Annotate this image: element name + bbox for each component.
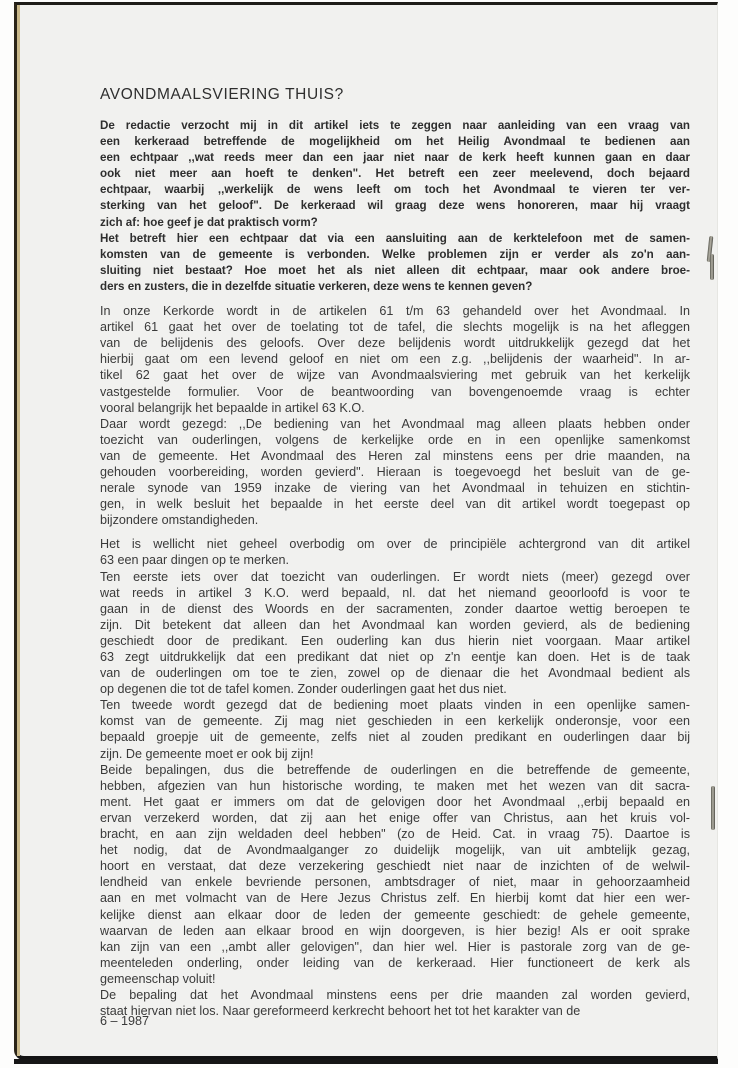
text-line: tikel 62 gaat het over de wijze van Avon…	[100, 367, 690, 383]
text-line: nerale synode van 1959 inzake de viering…	[100, 480, 690, 496]
text-line: zich af: hoe geef je dat praktisch vorm?	[100, 215, 690, 231]
text-line: waarvan de leden aan elkaar brood en wij…	[100, 923, 690, 939]
text-line: een echtpaar ,,wat reeds meer dan een ja…	[100, 150, 690, 166]
paragraph: Daar wordt gezegd: ,,De bediening van he…	[100, 416, 690, 529]
text-line: vastgestelde formulier. Voor de beantwoo…	[100, 384, 690, 400]
paragraph: De redactie verzocht mij in dit artikel …	[100, 118, 690, 231]
text-line: hebben, afgezien van hun historische wor…	[100, 778, 690, 794]
text-line: komst van de gemeente. Zij mag niet gesc…	[100, 713, 690, 729]
text-line: artikel 61 gaat het over de toelating to…	[100, 319, 690, 335]
text-line: Daar wordt gezegd: ,,De bediening van he…	[100, 416, 690, 432]
text-line: 63 een paar dingen op te merken.	[100, 552, 690, 568]
text-line: ment. Het gaat er immers om dat de gelov…	[100, 794, 690, 810]
text-line: sluiting niet bestaat? Hoe moet het als …	[100, 263, 690, 279]
text-line: bijzondere omstandigheden.	[100, 512, 690, 528]
scan-bottom-edge	[14, 1059, 718, 1064]
text-line: kelijke dienst aan elkaar door de leden …	[100, 907, 690, 923]
text-line: van de ouderlingen om toe te zien, zowel…	[100, 665, 690, 681]
article-title: AVONDMAALSVIERING THUIS?	[100, 84, 690, 106]
text-line: Ten tweede wordt gezegd dat de bediening…	[100, 697, 690, 713]
text-line: zijn. De gemeente moet er ook bij zijn!	[100, 746, 690, 762]
text-line: In onze Kerkorde wordt in de artikelen 6…	[100, 303, 690, 319]
text-line: sterking van het geloof". De kerkeraad w…	[100, 198, 690, 214]
text-line: gen, in welk besluit het bepaalde in het…	[100, 496, 690, 512]
text-line: geschiedt door de predikant. Een ouderli…	[100, 633, 690, 649]
text-line: kan zijn van een ,,ambt aller gelovigen"…	[100, 939, 690, 955]
text-line: bepaald groepje uit de gemeente, zelfs n…	[100, 729, 690, 745]
text-line: gemeenschap voluit!	[100, 971, 690, 987]
text-line: toezicht van ouderlingen, volgens de ker…	[100, 432, 690, 448]
text-line: vooral belangrijk het bepaalde in artike…	[100, 400, 690, 416]
paragraph: In onze Kerkorde wordt in de artikelen 6…	[100, 303, 690, 416]
text-line: hoort en verstaat, dat deze verzekering …	[100, 858, 690, 874]
paragraph-list: De redactie verzocht mij in dit artikel …	[100, 118, 690, 1019]
text-line: gaan in de dienst des Woords en der sacr…	[100, 601, 690, 617]
paragraph: Beide bepalingen, dus die betreffende de…	[100, 762, 690, 987]
paragraph: Het betreft hier een echtpaar dat via ee…	[100, 231, 690, 295]
text-line: ders en zusters, die in dezelfde situati…	[100, 279, 690, 295]
text-line: aan en met volmacht van de Here Jezus Ch…	[100, 890, 690, 906]
text-line: bracht, en aan zijn weldaden deel hebben…	[100, 826, 690, 842]
text-line: Beide bepalingen, dus die betreffende de…	[100, 762, 690, 778]
text-line: lendheid van enkele bevriende personen, …	[100, 874, 690, 890]
staple-mark-bottom-lower	[711, 800, 715, 830]
text-line: wat reeds in artikel 3 K.O. werd bepaald…	[100, 585, 690, 601]
text-line: gehouden voorbereiding, worden gevierd".…	[100, 464, 690, 480]
page-footer-issue-number: 6 – 1987	[100, 1014, 149, 1028]
paragraph: Ten eerste iets over dat toezicht van ou…	[100, 569, 690, 698]
text-line: Het betreft hier een echtpaar dat via ee…	[100, 231, 690, 247]
text-line: ervan verzekerd worden, dat zij aan het …	[100, 810, 690, 826]
paragraph: Ten tweede wordt gezegd dat de bediening…	[100, 697, 690, 761]
text-line: ook niet meer aan hoeft te denken". Het …	[100, 166, 690, 182]
text-line: een kerkeraad betreffende de mogelijkhei…	[100, 134, 690, 150]
paragraph: De bepaling dat het Avondmaal minstens e…	[100, 987, 690, 1019]
text-line: van de gemeente. Het Avondmaal des Heren…	[100, 448, 690, 464]
text-line: meenteleden onderling, onder leiding van…	[100, 955, 690, 971]
staple-mark-top-lower	[710, 254, 714, 280]
text-line: echtpaar, waarbij ,,werkelijk de wens le…	[100, 182, 690, 198]
text-line: Het is wellicht niet geheel overbodig om…	[100, 536, 690, 552]
text-line: op degenen die tot de tafel komen. Zonde…	[100, 681, 690, 697]
text-line: staat hiervan niet los. Naar gereformeer…	[100, 1003, 690, 1019]
text-line: hierbij gaat om een levend geloof en nie…	[100, 351, 690, 367]
text-line: het nodig, dat de Avondmaalganger zo dui…	[100, 842, 690, 858]
text-line: van de belijdenis des geloofs. Over deze…	[100, 335, 690, 351]
page-edge	[17, 5, 20, 1056]
paragraph: Het is wellicht niet geheel overbodig om…	[100, 536, 690, 568]
text-line: komsten van de gemeente is verbonden. We…	[100, 247, 690, 263]
text-line: De bepaling dat het Avondmaal minstens e…	[100, 987, 690, 1003]
text-line: Ten eerste iets over dat toezicht van ou…	[100, 569, 690, 585]
text-line: 63 zegt uitdrukkelijk dat een predikant …	[100, 649, 690, 665]
text-line: zijn. Dit betekent dat alleen dan het Av…	[100, 617, 690, 633]
text-line: De redactie verzocht mij in dit artikel …	[100, 118, 690, 134]
article-body: AVONDMAALSVIERING THUIS? De redactie ver…	[100, 84, 690, 1019]
